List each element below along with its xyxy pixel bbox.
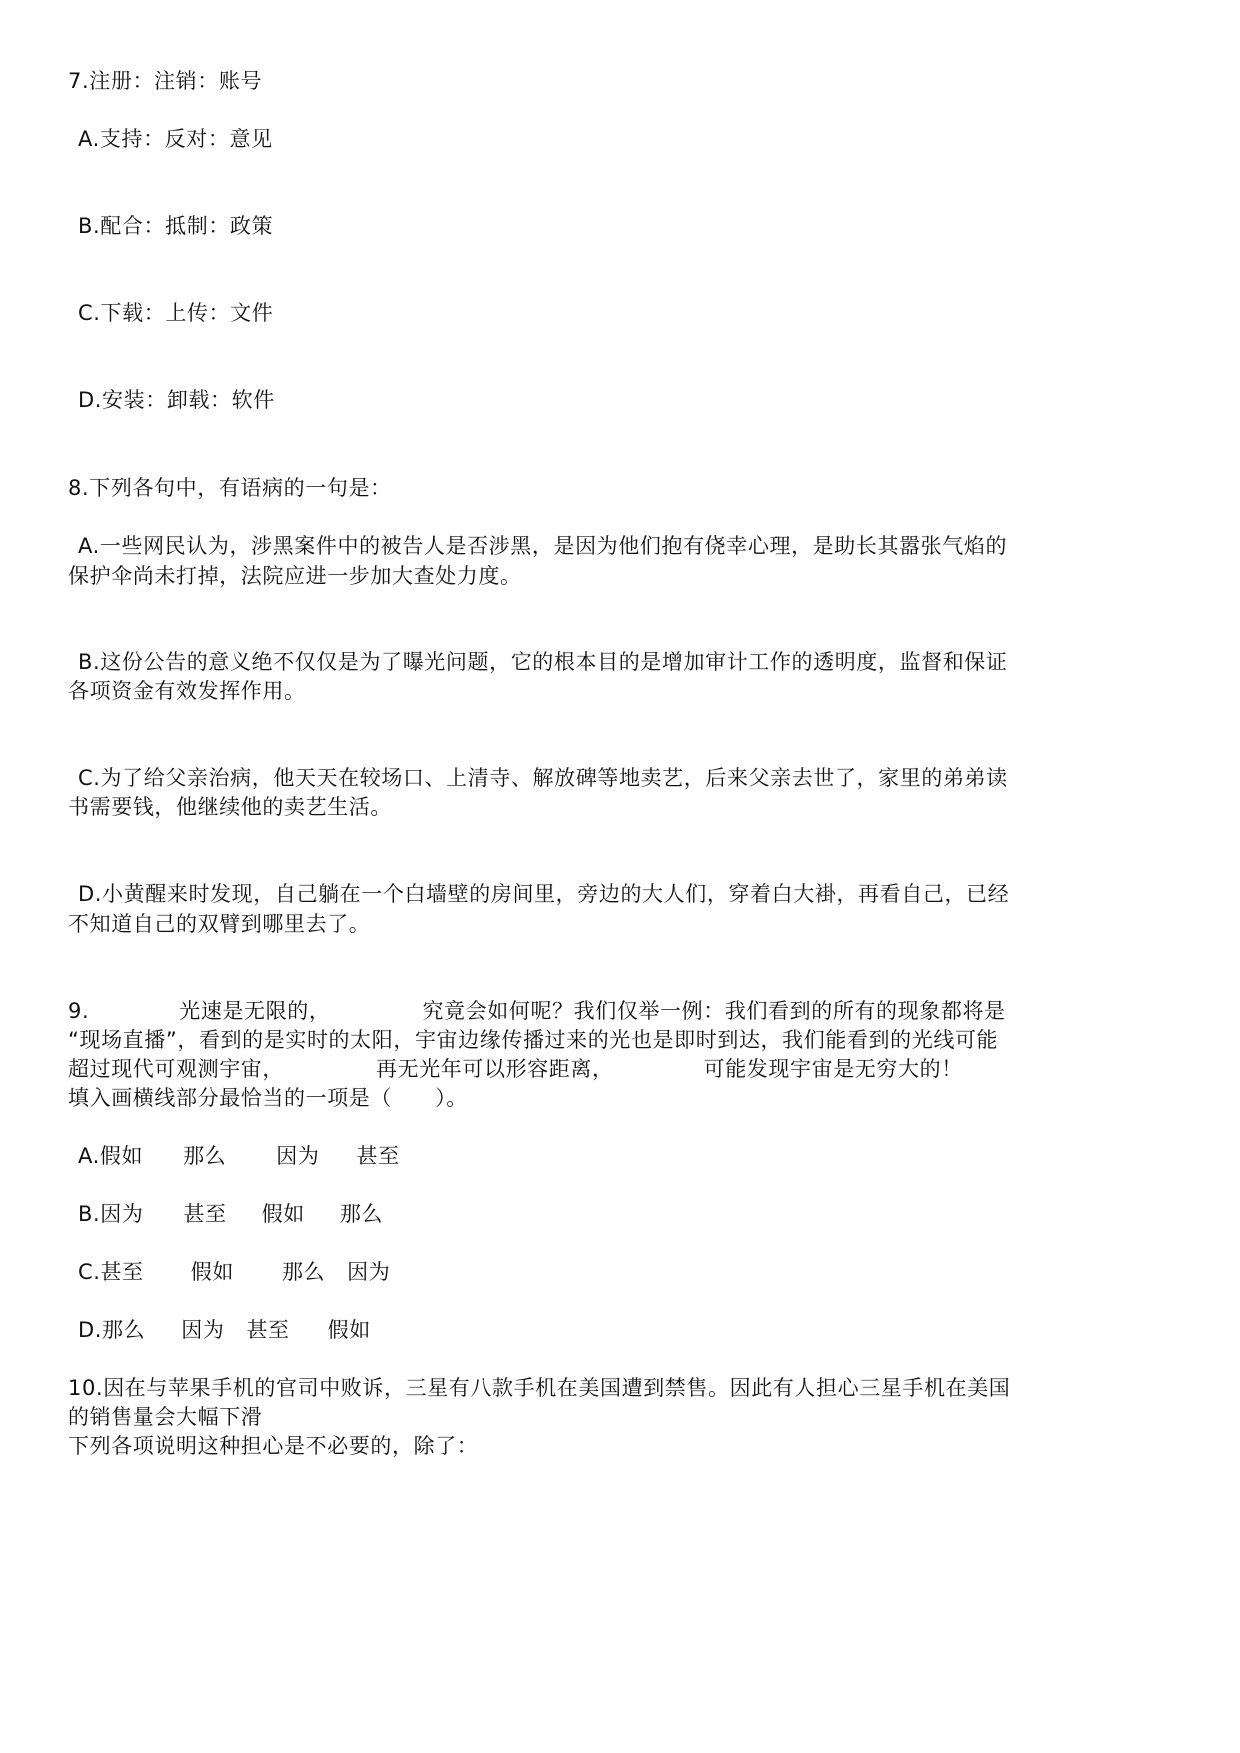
option-word: 甚至 (356, 1144, 399, 1168)
question-number: 10. (68, 1376, 103, 1400)
option-word: 假如 (191, 1260, 234, 1284)
question-8-option-b-line2: 各项资金有效发挥作用。 (68, 677, 306, 706)
option-text: 这份公告的意义绝不仅仅是为了曝光问题，它的根本目的是增加审计工作的透明度，监督和… (100, 650, 1007, 674)
question-9-option-b: B.因为甚至假如那么 (78, 1200, 383, 1229)
option-label: A. (78, 127, 100, 151)
question-9-instruction: 填入画横线部分最恰当的一项是（ ）。 (68, 1084, 468, 1113)
option-text: 下载：上传：文件 (101, 301, 274, 325)
option-word: 假如 (100, 1144, 143, 1168)
question-8-stem: 8.下列各句中，有语病的一句是： (68, 474, 392, 503)
option-text: 一些网民认为，涉黑案件中的被告人是否涉黑，是因为他们抱有侥幸心理，是助长其嚣张气… (100, 534, 1007, 558)
option-label: A. (78, 534, 100, 558)
option-label: C. (78, 1260, 101, 1284)
question-8-option-d-line1: D.小黄醒来时发现，自己躺在一个白墙壁的房间里，旁边的大人们，穿着白大褂，再看自… (78, 880, 1009, 909)
question-10-stem-line2: 的销售量会大幅下滑 (68, 1403, 262, 1432)
question-text: 光速是无限的， (179, 999, 330, 1023)
option-text: 配合：抵制：政策 (100, 214, 273, 238)
option-word: 因为 (276, 1144, 319, 1168)
option-label: B. (78, 214, 100, 238)
option-text: 小黄醒来时发现，自己躺在一个白墙壁的房间里，旁边的大人们，穿着白大褂，再看自己，… (102, 882, 1009, 906)
option-label: D. (78, 1318, 102, 1342)
option-word: 因为 (347, 1260, 390, 1284)
option-label: D. (78, 882, 102, 906)
question-7-option-b: B.配合：抵制：政策 (78, 212, 273, 241)
option-word: 因为 (181, 1318, 224, 1342)
question-8-option-a-line1: A.一些网民认为，涉黑案件中的被告人是否涉黑，是因为他们抱有侥幸心理，是助长其嚣… (78, 532, 1007, 561)
question-7-option-d: D.安装：卸载：软件 (78, 386, 275, 415)
option-word: 那么 (183, 1144, 226, 1168)
option-word: 假如 (328, 1318, 371, 1342)
question-10-instruction: 下列各项说明这种担心是不必要的，除了： (68, 1432, 478, 1461)
option-word: 那么 (340, 1202, 383, 1226)
question-8-option-c-line1: C.为了给父亲治病，他天天在较场口、上清寺、解放碑等地卖艺，后来父亲去世了，家里… (78, 764, 1008, 793)
question-number: 8. (68, 476, 89, 500)
option-label: A. (78, 1144, 100, 1168)
question-7-option-a: A.支持：反对：意见 (78, 125, 273, 154)
option-label: C. (78, 301, 101, 325)
question-text: 因在与苹果手机的官司中败诉，三星有八款手机在美国遭到禁售。因此有人担心三星手机在… (103, 1376, 1010, 1400)
question-8-option-c-line2: 书需要钱，他继续他的卖艺生活。 (68, 793, 392, 822)
option-word: 甚至 (246, 1318, 289, 1342)
question-9-option-d: D.那么因为甚至假如 (78, 1316, 371, 1345)
question-7-stem: 7.注册：注销：账号 (68, 67, 262, 96)
question-number: 9. (68, 999, 89, 1023)
question-9-option-a: A.假如那么因为甚至 (78, 1142, 400, 1171)
question-7-option-c: C.下载：上传：文件 (78, 299, 273, 328)
option-label: D. (78, 388, 102, 412)
question-number: 7. (68, 69, 89, 93)
option-label: B. (78, 650, 100, 674)
option-text: 安装：卸载：软件 (102, 388, 275, 412)
option-label: B. (78, 1202, 100, 1226)
question-10-stem-line1: 10.因在与苹果手机的官司中败诉，三星有八款手机在美国遭到禁售。因此有人担心三星… (68, 1374, 1010, 1403)
option-word: 那么 (102, 1318, 145, 1342)
question-9-stem-line2: “现场直播”，看到的是实时的太阳，宇宙边缘传播过来的光也是即时到达，我们能看到的… (68, 1026, 998, 1055)
question-9-stem-line3: 超过现代可观测宇宙，再无光年可以形容距离，可能发现宇宙是无穷大的！ (68, 1055, 963, 1084)
question-9-stem-line1: 9.光速是无限的，究竟会如何呢？我们仅举一例：我们看到的所有的现象都将是 (68, 997, 1006, 1026)
question-8-option-b-line1: B.这份公告的意义绝不仅仅是为了曝光问题，它的根本目的是增加审计工作的透明度，监… (78, 648, 1008, 677)
question-text: 再无光年可以形容距离， (376, 1057, 614, 1081)
question-9-option-c: C.甚至假如那么因为 (78, 1258, 390, 1287)
option-word: 那么 (282, 1260, 325, 1284)
option-text: 支持：反对：意见 (100, 127, 273, 151)
option-word: 假如 (262, 1202, 305, 1226)
question-text: 可能发现宇宙是无穷大的！ (704, 1057, 963, 1081)
option-word: 甚至 (184, 1202, 227, 1226)
question-8-option-d-line2: 不知道自己的双臂到哪里去了。 (68, 910, 370, 939)
option-text: 为了给父亲治病，他天天在较场口、上清寺、解放碑等地卖艺，后来父亲去世了，家里的弟… (101, 766, 1008, 790)
option-word: 甚至 (101, 1260, 144, 1284)
question-text: 超过现代可观测宇宙， (68, 1057, 284, 1081)
option-label: C. (78, 766, 101, 790)
question-text: 究竟会如何呢？我们仅举一例：我们看到的所有的现象都将是 (422, 999, 1005, 1023)
question-text: 下列各句中，有语病的一句是： (89, 476, 391, 500)
question-8-option-a-line2: 保护伞尚未打掉，法院应进一步加大查处力度。 (68, 562, 522, 591)
question-text: 注册：注销：账号 (89, 69, 262, 93)
option-word: 因为 (100, 1202, 143, 1226)
